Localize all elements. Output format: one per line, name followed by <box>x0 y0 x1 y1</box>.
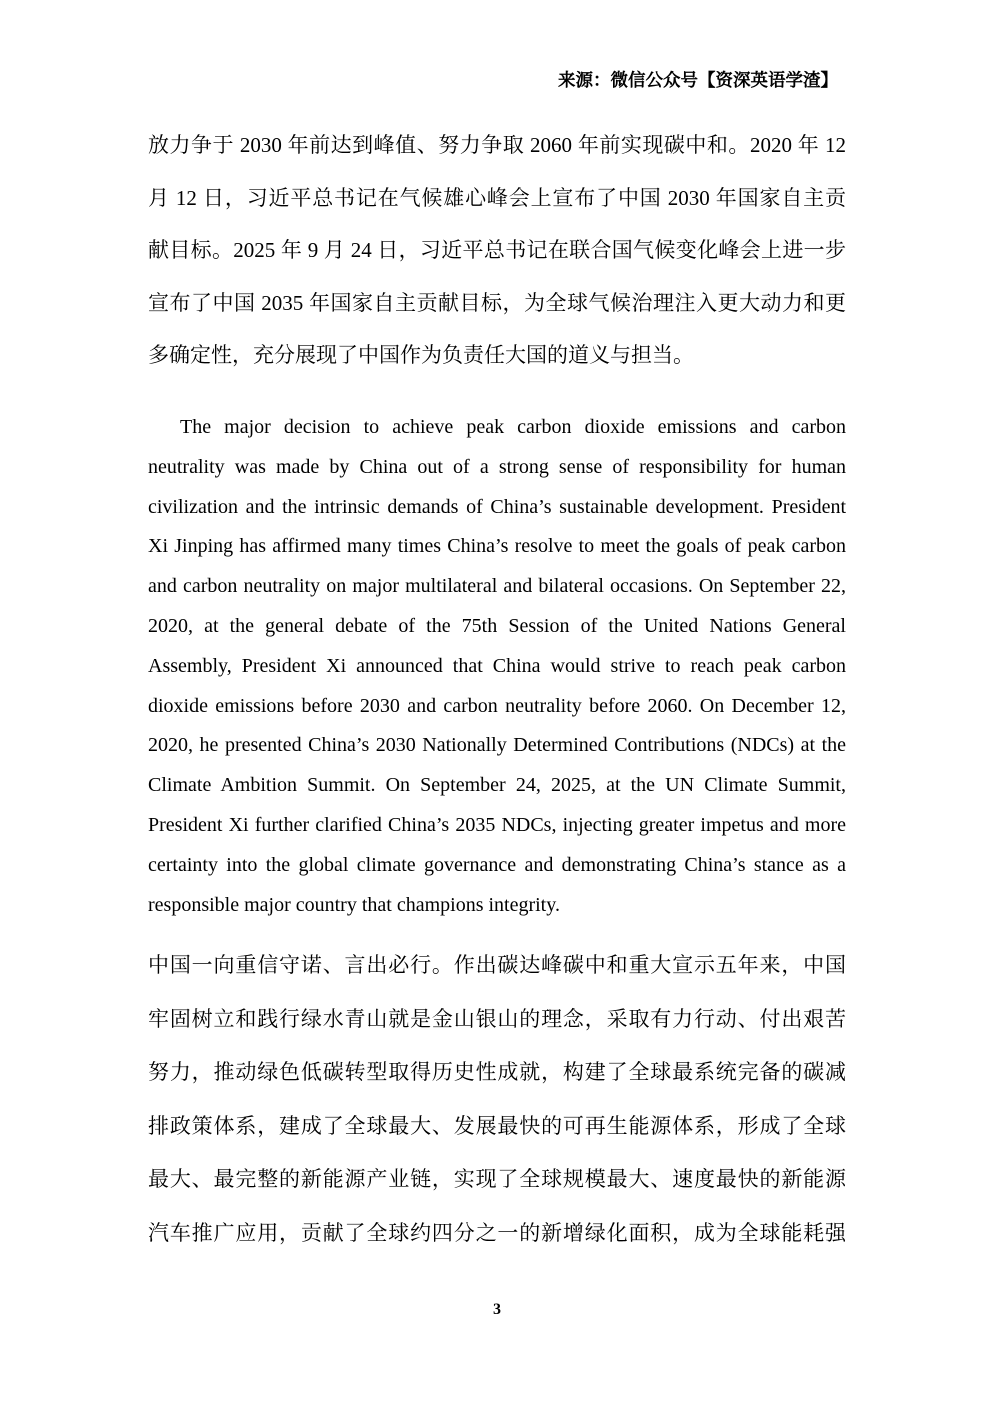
text-line: dioxide emissions before 2030 and carbon… <box>148 687 846 727</box>
text-line: Xi Jinping has affirmed many times China… <box>148 527 846 567</box>
text-line: Assembly, President Xi announced that Ch… <box>148 647 846 687</box>
text-line: 献目标。2025 年 9 月 24 日，习近平总书记在联合国气候变化峰会上进一步 <box>148 224 846 277</box>
text-line: 最大、最完整的新能源产业链，实现了全球规模最大、速度最快的新能源 <box>148 1153 846 1207</box>
text-line: 牢固树立和践行绿水青山就是金山银山的理念，采取有力行动、付出艰苦 <box>148 993 846 1047</box>
text-line: 汽车推广应用，贡献了全球约四分之一的新增绿化面积，成为全球能耗强 <box>148 1207 846 1261</box>
text-line: 中国一向重信守诺、言出必行。作出碳达峰碳中和重大宣示五年来，中国 <box>148 939 846 993</box>
text-line: civilization and the intrinsic demands o… <box>148 488 846 528</box>
document-page: 来源：微信公众号【资深英语学渣】 放力争于 2030 年前达到峰值、努力争取 2… <box>0 0 992 1403</box>
text-line: 放力争于 2030 年前达到峰值、努力争取 2060 年前实现碳中和。2020 … <box>148 119 846 172</box>
text-line: 宣布了中国 2035 年国家自主贡献目标，为全球气候治理注入更大动力和更 <box>148 277 846 330</box>
text-line: 月 12 日，习近平总书记在气候雄心峰会上宣布了中国 2030 年国家自主贡 <box>148 172 846 225</box>
text-line: The major decision to achieve peak carbo… <box>148 408 846 448</box>
source-label: 来源：微信公众号【资深英语学渣】 <box>558 70 838 90</box>
text-line: President Xi further clarified China’s 2… <box>148 806 846 846</box>
text-line: and carbon neutrality on major multilate… <box>148 567 846 607</box>
paragraph-chinese-2: 中国一向重信守诺、言出必行。作出碳达峰碳中和重大宣示五年来，中国 牢固树立和践行… <box>148 939 846 1261</box>
paragraph-english: The major decision to achieve peak carbo… <box>148 408 846 925</box>
paragraph-chinese-1: 放力争于 2030 年前达到峰值、努力争取 2060 年前实现碳中和。2020 … <box>148 119 846 382</box>
text-line: 2020, at the general debate of the 75th … <box>148 607 846 647</box>
page-header: 来源：微信公众号【资深英语学渣】 <box>148 70 838 91</box>
text-line: responsible major country that champions… <box>148 886 846 926</box>
text-line: Climate Ambition Summit. On September 24… <box>148 766 846 806</box>
page-footer: 3 <box>148 1300 846 1319</box>
text-line: 排政策体系，建成了全球最大、发展最快的可再生能源体系，形成了全球 <box>148 1100 846 1154</box>
page-number: 3 <box>493 1301 501 1318</box>
text-line: 多确定性，充分展现了中国作为负责任大国的道义与担当。 <box>148 329 846 382</box>
text-line: neutrality was made by China out of a st… <box>148 448 846 488</box>
text-line: 努力，推动绿色低碳转型取得历史性成就，构建了全球最系统完备的碳减 <box>148 1046 846 1100</box>
text-line: 2020, he presented China’s 2030 National… <box>148 726 846 766</box>
text-line: certainty into the global climate govern… <box>148 846 846 886</box>
